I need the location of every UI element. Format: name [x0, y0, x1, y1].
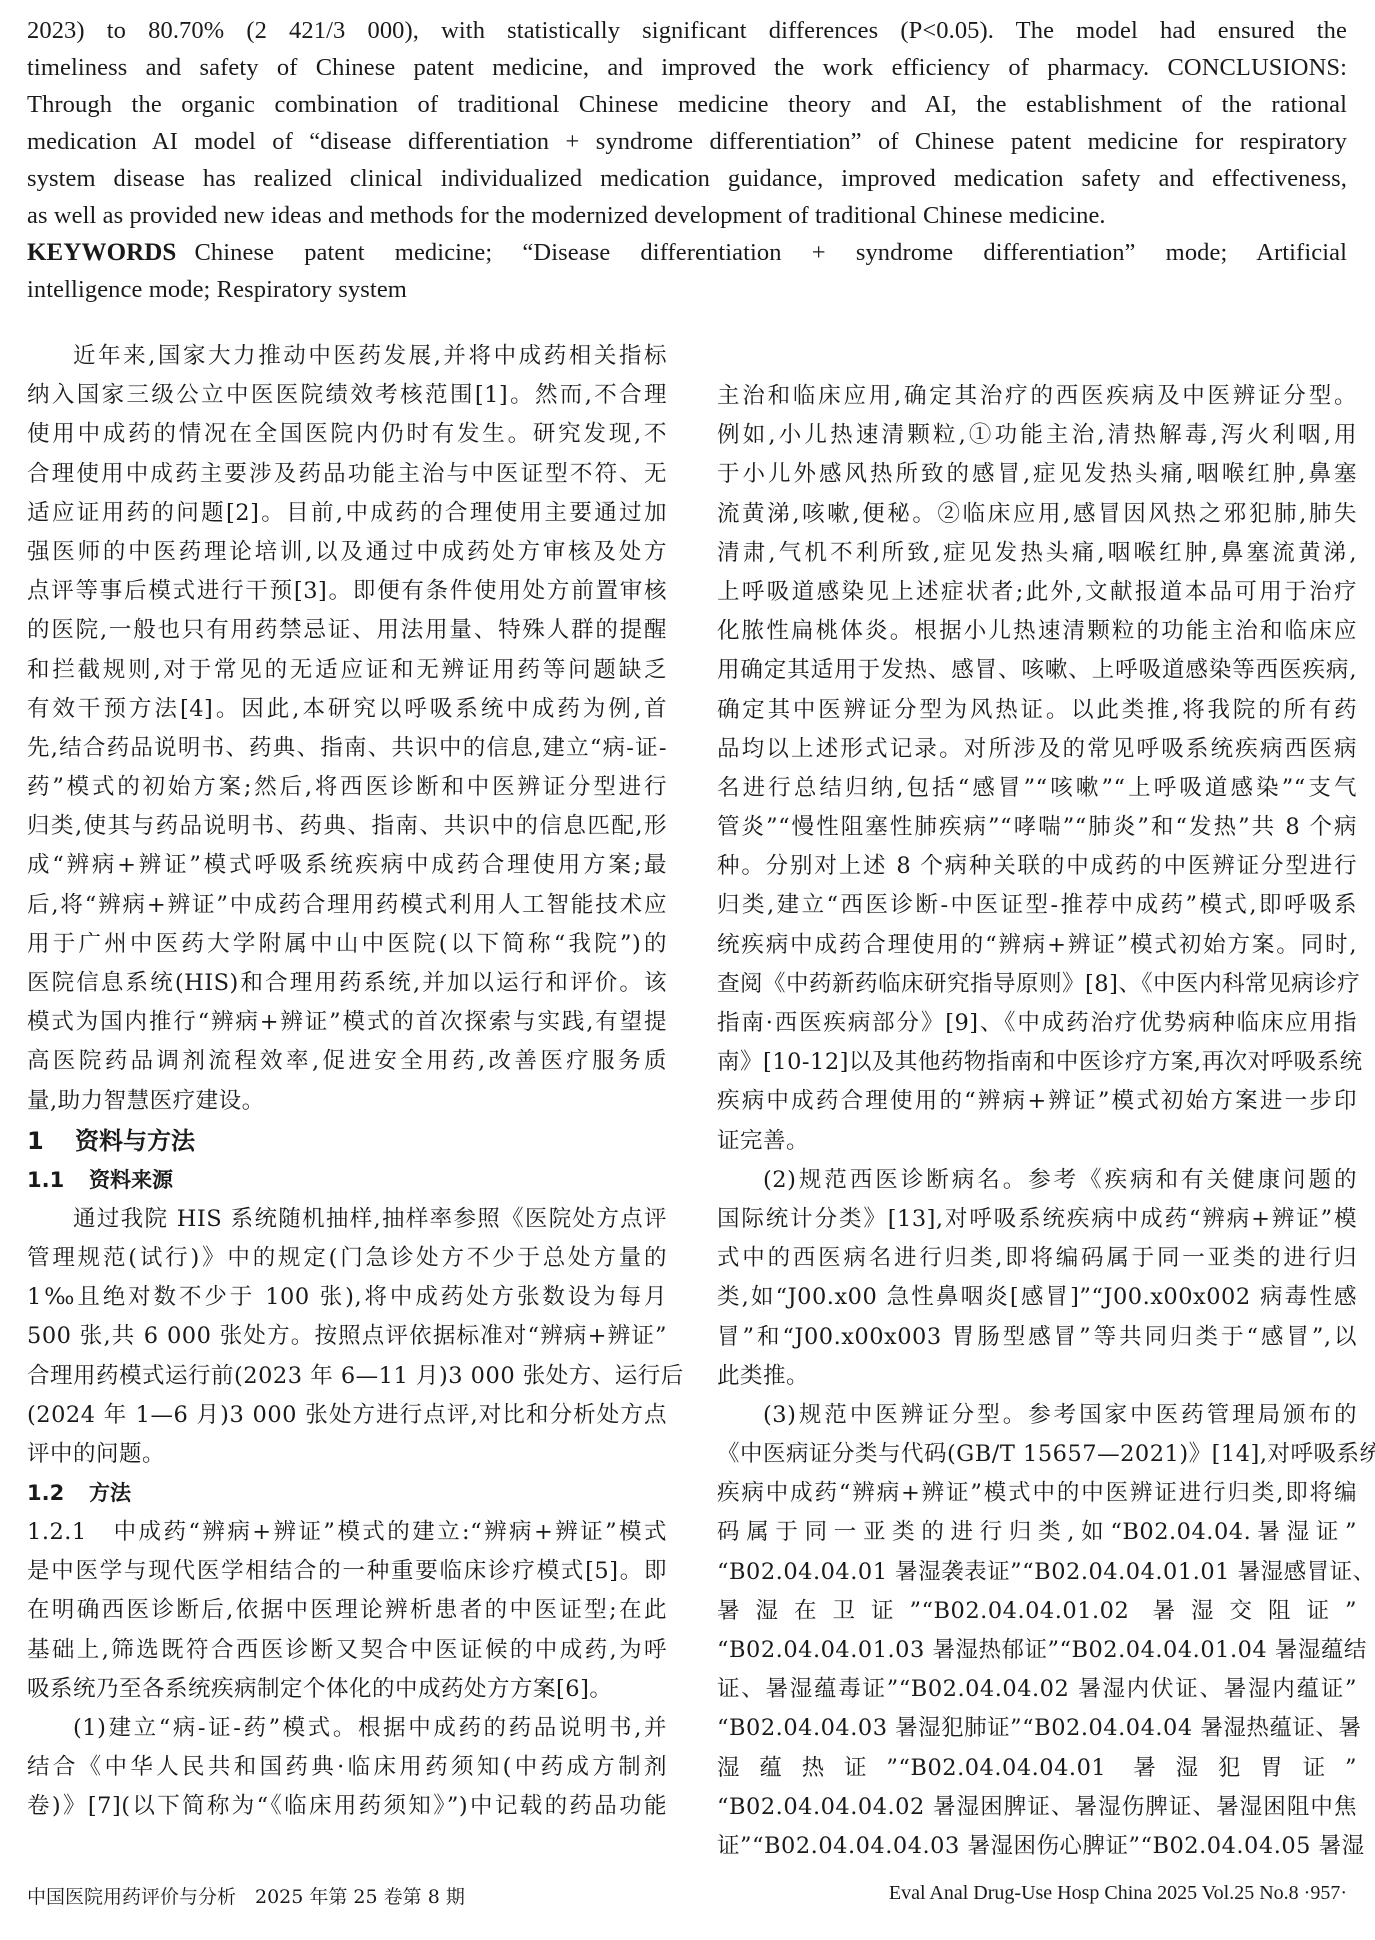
left-column: 近年来,国家大力推动中医药发展,并将中成药相关指标 纳入国家三级公立中医医院绩效…	[27, 337, 667, 1827]
paragraph-line: 1.2.1 中成药“辨病+辨证”模式的建立:“辨病+辨证”模式	[27, 1513, 667, 1552]
paragraph-line: 南》[10-12]以及其他药物指南和中医诊疗方案,再次对呼吸系统	[717, 1043, 1357, 1082]
section-number: 1.1	[27, 1161, 89, 1200]
paragraph-line: 疾病中成药“辨病+辨证”模式中的中医辨证进行归类,即将编	[717, 1474, 1357, 1513]
paragraph-line: 药”模式的初始方案;然后,将西医诊断和中医辨证分型进行	[27, 768, 667, 807]
keywords-line-2: intelligence mode; Respiratory system	[27, 271, 1347, 308]
paragraph-line: 清肃,气机不利所致,症见发热头痛,咽喉红肿,鼻塞流黄涕,	[717, 534, 1357, 573]
paragraph-line: 点评等事后模式进行干预[3]。即便有条件使用处方前置审核	[27, 572, 667, 611]
paragraph-line: 主治和临床应用,确定其治疗的西医疾病及中医辨证分型。	[717, 377, 1357, 416]
paragraph-line: 暑湿在卫证”“B02.04.04.01.02 暑湿交阻证”	[717, 1592, 1357, 1631]
section-title: 方法	[89, 1481, 131, 1505]
abstract-line: system disease has realized clinical ind…	[27, 160, 1347, 197]
paragraph-line: 有效干预方法[4]。因此,本研究以呼吸系统中成药为例,首	[27, 690, 667, 729]
paragraph-line: (3)规范中医辨证分型。参考国家中医药管理局颁布的	[717, 1396, 1357, 1435]
abstract-line: Through the organic combination of tradi…	[27, 86, 1347, 123]
paragraph-line: 结合《中华人民共和国药典·临床用药须知(中药成方制剂	[27, 1748, 667, 1787]
paragraph-line: (1)建立“病-证-药”模式。根据中成药的药品说明书,并	[27, 1709, 667, 1748]
paragraph-line: 疾病中成药合理使用的“辨病+辨证”模式初始方案进一步印	[717, 1082, 1357, 1121]
paragraph-line: 是中医学与现代医学相结合的一种重要临床诊疗模式[5]。即	[27, 1552, 667, 1591]
paragraph-line: “B02.04.04.01.03 暑湿热郁证”“B02.04.04.01.04 …	[717, 1631, 1357, 1670]
paragraph-line: 冒”和“J00.x00x003 胃肠型感冒”等共同归类于“感冒”,以	[717, 1318, 1357, 1357]
paragraph-line: 使用中成药的情况在全国医院内仍时有发生。研究发现,不	[27, 415, 667, 454]
paragraph-line: 《中医病证分类与代码(GB/T 15657—2021)》[14],对呼吸系统	[717, 1435, 1357, 1474]
paragraph-line: “B02.04.04.01 暑湿袭表证”“B02.04.04.01.01 暑湿感…	[717, 1553, 1357, 1592]
paragraph-line: 码属于同一亚类的进行归类,如“B02.04.04.暑湿证”	[717, 1513, 1357, 1552]
paragraph-line: 管理规范(试行)》中的规定(门急诊处方不少于总处方量的	[27, 1239, 667, 1278]
keywords-label: KEYWORDS	[27, 239, 176, 266]
paragraph-line: 于小儿外感风热所致的感冒,症见发热头痛,咽喉红肿,鼻塞	[717, 455, 1357, 494]
paragraph-line: 通过我院 HIS 系统随机抽样,抽样率参照《医院处方点评	[27, 1200, 667, 1239]
paragraph-line: 种。分别对上述 8 个病种关联的中成药的中医辨证分型进行	[717, 847, 1357, 886]
abstract-line: medication AI model of “disease differen…	[27, 123, 1347, 160]
paragraph-line: 1‰且绝对数不少于 100 张),将中成药处方张数设为每月	[27, 1278, 667, 1317]
paragraph-line: 确定其中医辨证分型为风热证。以此类推,将我院的所有药	[717, 691, 1357, 730]
paragraph-line: 用于广州中医药大学附属中山中医院(以下简称“我院”)的	[27, 925, 667, 964]
paragraph-line: 指南·西医疾病部分》[9]、《中成药治疗优势病种临床应用指	[717, 1004, 1357, 1043]
section-number: 1	[27, 1121, 75, 1161]
paragraph-line: (2)规范西医诊断病名。参考《疾病和有关健康问题的	[717, 1161, 1357, 1200]
right-column: 主治和临床应用,确定其治疗的西医疾病及中医辨证分型。 例如,小儿热速清颗粒,①功…	[717, 377, 1357, 1866]
keywords-line-1: KEYWORDSChinese patent medicine; “Diseas…	[27, 234, 1347, 271]
abstract-line: 2023) to 80.70% (2 421/3 000), with stat…	[27, 12, 1347, 49]
paragraph-line: 管炎”“慢性阻塞性肺疾病”“哮喘”“肺炎”和“发热”共 8 个病	[717, 808, 1357, 847]
paragraph-line: 类,如“J00.x00 急性鼻咽炎[感冒]”“J00.x00x002 病毒性感	[717, 1278, 1357, 1317]
paragraph-line: 高医院药品调剂流程效率,促进安全用药,改善医疗服务质	[27, 1042, 667, 1081]
paragraph-line: 湿蕴热证”“B02.04.04.04.01 暑湿犯胃证”	[717, 1749, 1357, 1788]
paragraph-line: 后,将“辨病+辨证”中成药合理用药模式利用人工智能技术应	[27, 886, 667, 925]
paragraph-line: 归类,使其与药品说明书、药典、指南、共识中的信息匹配,形	[27, 807, 667, 846]
paragraph-line: 合理使用中成药主要涉及药品功能主治与中医证型不符、无	[27, 455, 667, 494]
paragraph-line: 化脓性扁桃体炎。根据小儿热速清颗粒的功能主治和临床应	[717, 612, 1357, 651]
paragraph-line: 品均以上述形式记录。对所涉及的常见呼吸系统疾病西医病	[717, 730, 1357, 769]
section-title: 资料来源	[89, 1168, 173, 1192]
section-title: 资料与方法	[75, 1127, 195, 1155]
paragraph-line: 量,助力智慧医疗建设。	[27, 1082, 667, 1121]
paragraph-line: 在明确西医诊断后,依据中医理论辨析患者的中医证型;在此	[27, 1591, 667, 1630]
paragraph-line: 证”“B02.04.04.04.03 暑湿困伤心脾证”“B02.04.04.05…	[717, 1827, 1357, 1866]
paragraph-line: 查阅《中药新药临床研究指导原则》[8]、《中医内科常见病诊疗	[717, 965, 1357, 1004]
paragraph-line: 适应证用药的问题[2]。目前,中成药的合理使用主要通过加	[27, 494, 667, 533]
journal-footer-cn: 中国医院用药评价与分析 2025 年第 25 卷第 8 期	[27, 1882, 465, 1909]
paragraph-line: 证完善。	[717, 1122, 1357, 1161]
paragraph-line: 此类推。	[717, 1357, 1357, 1396]
paragraph-line: 基础上,筛选既符合西医诊断又契合中医证候的中成药,为呼	[27, 1631, 667, 1670]
section-heading-1: 1资料与方法	[27, 1121, 667, 1161]
paragraph-line: 流黄涕,咳嗽,便秘。②临床应用,感冒因风热之邪犯肺,肺失	[717, 495, 1357, 534]
paragraph-line: 医院信息系统(HIS)和合理用药系统,并加以运行和评价。该	[27, 964, 667, 1003]
paragraph-line: 成“辨病+辨证”模式呼吸系统疾病中成药合理使用方案;最	[27, 846, 667, 885]
paragraph-line: 卷)》[7](以下简称为“《临床用药须知》”)中记载的药品功能	[27, 1787, 667, 1826]
paragraph-line: 先,结合药品说明书、药典、指南、共识中的信息,建立“病-证-	[27, 729, 667, 768]
abstract-line: as well as provided new ideas and method…	[27, 197, 1347, 234]
paragraph-line: 评中的问题。	[27, 1435, 667, 1474]
paragraph-line: 500 张,共 6 000 张处方。按照点评依据标准对“辨病+辨证”	[27, 1317, 667, 1356]
paragraph-line: 用确定其适用于发热、感冒、咳嗽、上呼吸道感染等西医疾病,	[717, 651, 1357, 690]
paragraph-line: 强医师的中医药理论培训,以及通过中成药处方审核及处方	[27, 533, 667, 572]
section-heading-1-1: 1.1资料来源	[27, 1161, 667, 1200]
paragraph-line: 合理用药模式运行前(2023 年 6—11 月)3 000 张处方、运行后	[27, 1357, 667, 1396]
abstract-line: timeliness and safety of Chinese patent …	[27, 49, 1347, 86]
paragraph-line: 上呼吸道感染见上述症状者;此外,文献报道本品可用于治疗	[717, 573, 1357, 612]
paragraph-line: 纳入国家三级公立中医医院绩效考核范围[1]。然而,不合理	[27, 376, 667, 415]
paragraph-line: (2024 年 1—6 月)3 000 张处方进行点评,对比和分析处方点	[27, 1396, 667, 1435]
paragraph-line: 模式为国内推行“辨病+辨证”模式的首次探索与实践,有望提	[27, 1003, 667, 1042]
keywords-text: Chinese patent medicine; “Disease differ…	[194, 239, 1347, 266]
section-heading-1-2: 1.2方法	[27, 1474, 667, 1513]
paragraph-line: 和拦截规则,对于常见的无适应证和无辨证用药等问题缺乏	[27, 651, 667, 690]
paragraph-line: “B02.04.04.04.02 暑湿困脾证、暑湿伤脾证、暑湿困阻中焦	[717, 1788, 1357, 1827]
paragraph-line: “B02.04.04.03 暑湿犯肺证”“B02.04.04.04 暑湿热蕴证、…	[717, 1709, 1357, 1748]
section-number: 1.2	[27, 1474, 89, 1513]
paragraph-line: 例如,小儿热速清颗粒,①功能主治,清热解毒,泻火利咽,用	[717, 416, 1357, 455]
paragraph-line: 统疾病中成药合理使用的“辨病+辨证”模式初始方案。同时,	[717, 926, 1357, 965]
journal-footer-en: Eval Anal Drug-Use Hosp China 2025 Vol.2…	[889, 1882, 1347, 1905]
paragraph-line: 的医院,一般也只有用药禁忌证、用法用量、特殊人群的提醒	[27, 611, 667, 650]
paragraph-line: 式中的西医病名进行归类,即将编码属于同一亚类的进行归	[717, 1239, 1357, 1278]
paragraph-line: 名进行总结归纳,包括“感冒”“咳嗽”“上呼吸道感染”“支气	[717, 769, 1357, 808]
paragraph-line: 国际统计分类》[13],对呼吸系统疾病中成药“辨病+辨证”模	[717, 1200, 1357, 1239]
paragraph-line: 归类,建立“西医诊断-中医证型-推荐中成药”模式,即呼吸系	[717, 886, 1357, 925]
paragraph-line: 吸系统乃至各系统疾病制定个体化的中成药处方方案[6]。	[27, 1670, 667, 1709]
paragraph-line: 证、暑湿蕴毒证”“B02.04.04.02 暑湿内伏证、暑湿内蕴证”	[717, 1670, 1357, 1709]
paragraph-line: 近年来,国家大力推动中医药发展,并将中成药相关指标	[27, 337, 667, 376]
